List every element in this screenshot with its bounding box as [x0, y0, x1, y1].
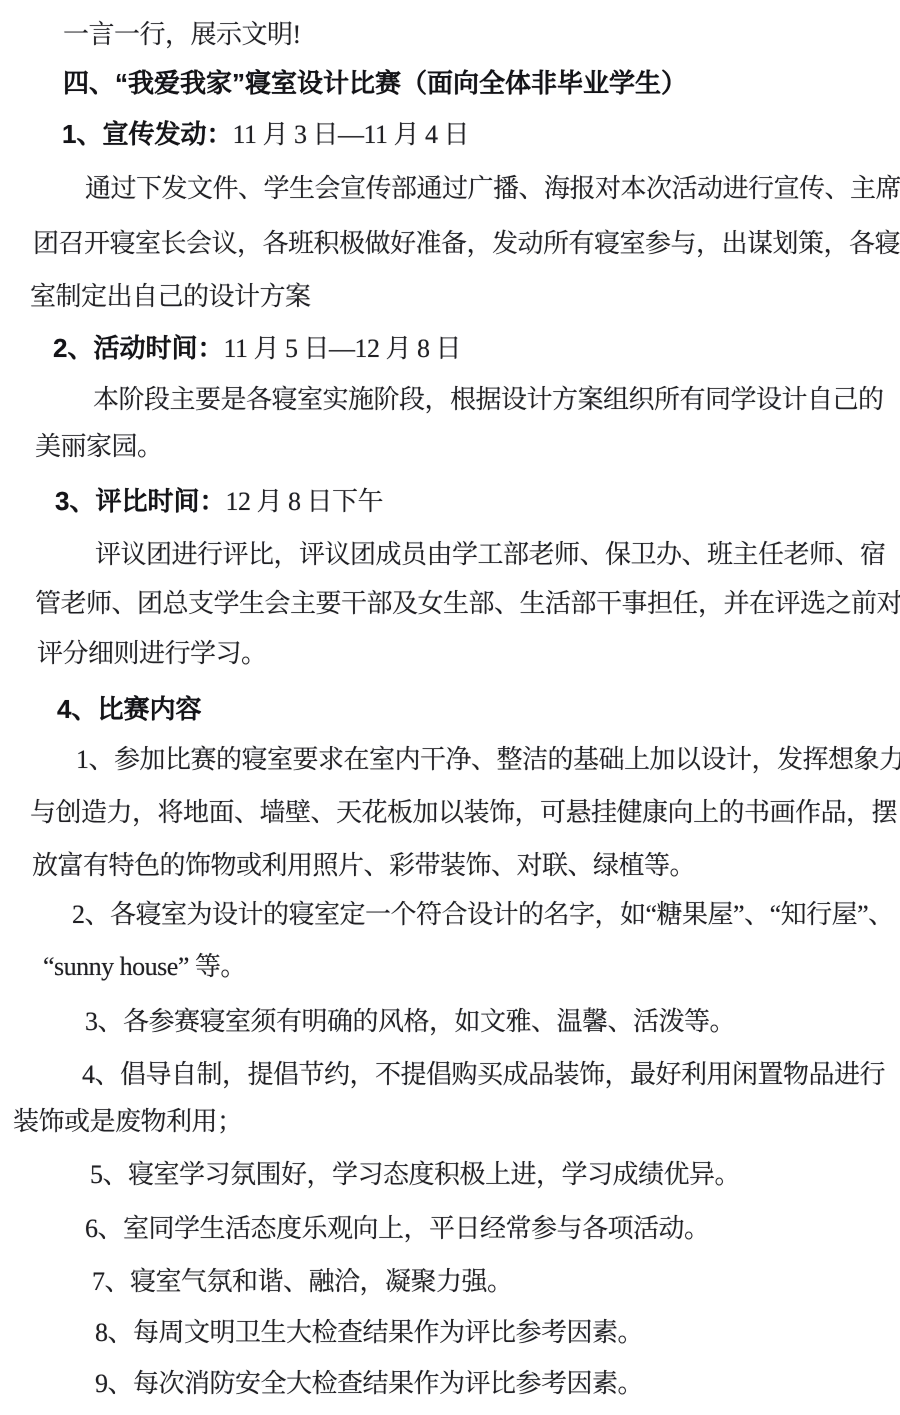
- text-line: 四、“我爱我家”寝室设计比赛（面向全体非毕业学生）: [63, 67, 687, 101]
- text-line: 9、每次消防安全大检查结果作为评比参考因素。: [95, 1367, 643, 1401]
- line-body-text: 12 月 8 日下午: [225, 487, 383, 516]
- line-heading-text: 2、活动时间：: [53, 333, 223, 363]
- line-body-text: 评分细则进行学习。: [37, 639, 267, 668]
- text-line: 装饰或是废物利用；: [13, 1105, 243, 1139]
- line-body-text: 室制定出自己的设计方案: [30, 282, 311, 311]
- line-heading-text: 4、比赛内容: [57, 694, 201, 724]
- line-heading-text: 1、宣传发动：: [62, 119, 232, 149]
- line-body-text: 团召开寝室长会议，各班积极做好准备，发动所有寝室参与，出谋划策，各寝: [33, 229, 900, 258]
- line-body-text: 与创造力，将地面、墙壁、天花板加以装饰，可悬挂健康向上的书画作品，摆: [30, 798, 897, 827]
- line-body-text: 9、每次消防安全大检查结果作为评比参考因素。: [95, 1369, 643, 1398]
- line-body-text: 美丽家园。: [35, 432, 163, 461]
- line-body-text: 装饰或是废物利用；: [13, 1107, 243, 1136]
- text-line: 6、室同学生活态度乐观向上，平日经常参与各项活动。: [85, 1212, 710, 1246]
- line-body-text: 8、每周文明卫生大检查结果作为评比参考因素。: [95, 1318, 643, 1347]
- text-line: 团召开寝室长会议，各班积极做好准备，发动所有寝室参与，出谋划策，各寝: [33, 227, 900, 261]
- text-line: 评议团进行评比，评议团成员由学工部老师、保卫办、班主任老师、宿: [95, 538, 886, 572]
- text-line: 1、参加比赛的寝室要求在室内干净、整洁的基础上加以设计，发挥想象力: [76, 743, 900, 777]
- line-body-text: 2、各寝室为设计的寝室定一个符合设计的名字，如“糖果屋”、“知行屋”、: [72, 900, 894, 929]
- text-line: 3、各参赛寝室须有明确的风格，如文雅、温馨、活泼等。: [85, 1005, 735, 1039]
- text-line: 3、评比时间：12 月 8 日下午: [55, 485, 383, 519]
- line-body-text: 管老师、团总支学生会主要干部及女生部、生活部干事担任，并在评选之前对: [35, 589, 900, 618]
- text-line: 美丽家园。: [35, 430, 163, 464]
- text-line: 与创造力，将地面、墙壁、天花板加以装饰，可悬挂健康向上的书画作品，摆: [30, 796, 897, 830]
- text-line: 室制定出自己的设计方案: [30, 280, 311, 314]
- line-body-text: 3、各参赛寝室须有明确的风格，如文雅、温馨、活泼等。: [85, 1007, 735, 1036]
- line-body-text: 5、寝室学习氛围好，学习态度积极上进，学习成绩优异。: [90, 1160, 740, 1189]
- text-line: 本阶段主要是各寝室实施阶段，根据设计方案组织所有同学设计自己的: [93, 383, 884, 417]
- text-line: 2、活动时间：11 月 5 日—12 月 8 日: [53, 332, 461, 366]
- line-body-text: 评议团进行评比，评议团成员由学工部老师、保卫办、班主任老师、宿: [95, 540, 886, 569]
- scanned-document-page: 一言一行，展示文明!四、“我爱我家”寝室设计比赛（面向全体非毕业学生）1、宣传发…: [0, 0, 900, 1415]
- text-line: 8、每周文明卫生大检查结果作为评比参考因素。: [95, 1316, 643, 1350]
- line-body-text: 11 月 5 日—12 月 8 日: [223, 334, 461, 363]
- line-body-text: “sunny house” 等。: [43, 952, 246, 981]
- text-line: 通过下发文件、学生会宣传部通过广播、海报对本次活动进行宣传、主席: [85, 172, 900, 206]
- line-body-text: 4、倡导自制，提倡节约，不提倡购买成品装饰，最好利用闲置物品进行: [82, 1060, 885, 1089]
- line-body-text: 6、室同学生活态度乐观向上，平日经常参与各项活动。: [85, 1214, 710, 1243]
- line-body-text: 通过下发文件、学生会宣传部通过广播、海报对本次活动进行宣传、主席: [85, 174, 900, 203]
- line-body-text: 本阶段主要是各寝室实施阶段，根据设计方案组织所有同学设计自己的: [93, 385, 884, 414]
- text-line: 评分细则进行学习。: [37, 637, 267, 671]
- line-body-text: 放富有特色的饰物或利用照片、彩带装饰、对联、绿植等。: [32, 851, 695, 880]
- text-line: 2、各寝室为设计的寝室定一个符合设计的名字，如“糖果屋”、“知行屋”、: [72, 898, 894, 932]
- line-heading-text: 四、“我爱我家”寝室设计比赛（面向全体非毕业学生）: [63, 68, 687, 98]
- text-line: 5、寝室学习氛围好，学习态度积极上进，学习成绩优异。: [90, 1158, 740, 1192]
- line-body-text: 一言一行，展示文明!: [63, 20, 301, 49]
- text-line: 一言一行，展示文明!: [63, 18, 301, 52]
- text-line: 7、寝室气氛和谐、融洽，凝聚力强。: [92, 1265, 513, 1299]
- line-body-text: 7、寝室气氛和谐、融洽，凝聚力强。: [92, 1267, 513, 1296]
- text-line: 4、比赛内容: [57, 693, 201, 727]
- text-line: 1、宣传发动：11 月 3 日—11 月 4 日: [62, 118, 469, 152]
- line-body-text: 11 月 3 日—11 月 4 日: [232, 120, 469, 149]
- text-line: 管老师、团总支学生会主要干部及女生部、生活部干事担任，并在评选之前对: [35, 587, 900, 621]
- line-body-text: 1、参加比赛的寝室要求在室内干净、整洁的基础上加以设计，发挥想象力: [76, 745, 900, 774]
- text-line: “sunny house” 等。: [43, 950, 246, 984]
- text-line: 4、倡导自制，提倡节约，不提倡购买成品装饰，最好利用闲置物品进行: [82, 1058, 885, 1092]
- line-heading-text: 3、评比时间：: [55, 486, 225, 516]
- text-line: 放富有特色的饰物或利用照片、彩带装饰、对联、绿植等。: [32, 849, 695, 883]
